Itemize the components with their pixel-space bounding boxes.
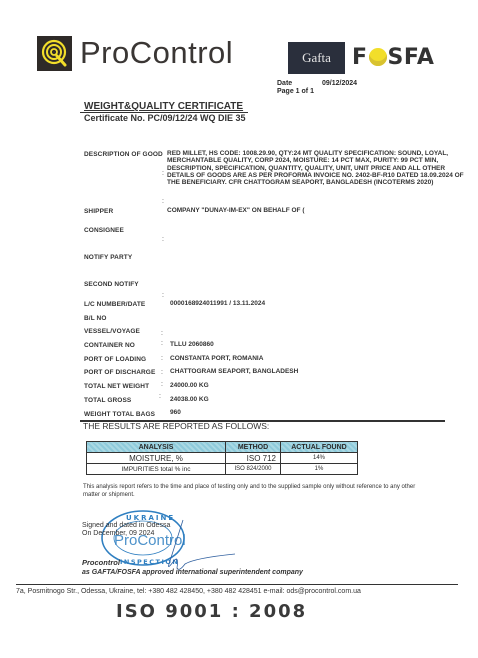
field-colon: : xyxy=(161,330,163,337)
field-label-container-no: CONTAINER NO xyxy=(84,342,135,349)
field-label-vessel: VESSEL/VOYAGE xyxy=(84,328,140,335)
procontrol-q-logo-icon xyxy=(37,36,72,71)
table-row: MOISTURE, % ISO 712 14% xyxy=(87,453,358,464)
disclaimer-text: This analysis report refers to the time … xyxy=(83,484,423,499)
field-colon: : xyxy=(161,381,163,388)
field-colon: : xyxy=(161,340,163,347)
certificate-title: WEIGHT&QUALITY CERTIFICATE xyxy=(84,101,243,112)
field-colon: : xyxy=(162,292,164,299)
field-value-net-weight: 24000.00 KG xyxy=(170,382,209,389)
field-colon: : xyxy=(162,170,164,177)
sun-icon xyxy=(369,48,387,66)
field-label-notify-party: NOTIFY PARTY xyxy=(84,254,132,261)
page-indicator: Page 1 of 1 xyxy=(277,88,314,95)
cell-method: ISO 824/2000 xyxy=(226,464,281,475)
column-header-actual-found: ACTUAL FOUND xyxy=(281,442,358,453)
cell-found: 14% xyxy=(281,453,358,464)
field-label-port-loading: PORT OF LOADING xyxy=(84,356,146,363)
date-label: Date xyxy=(277,80,292,87)
cell-found: 1% xyxy=(281,464,358,475)
footer-address: 7a, Posmitnogo Str., Odessa, Ukraine, te… xyxy=(16,588,361,595)
field-colon: : xyxy=(161,369,163,376)
field-label-net-weight: TOTAL NET WEIGHT xyxy=(84,383,149,390)
fosfa-logo: FSFA xyxy=(352,43,434,73)
signed-line-1: Signed and dated in Odessa xyxy=(82,522,170,530)
cell-analysis: IMPURITIES total % inc xyxy=(87,464,226,475)
cell-method: ISO 712 xyxy=(226,453,281,464)
field-value-total-bags: 960 xyxy=(170,409,181,416)
field-value-port-discharge: CHATTOGRAM SEAPORT, BANGLADESH xyxy=(170,368,298,375)
field-label-shipper: SHIPPER xyxy=(84,208,113,215)
table-row: IMPURITIES total % inc ISO 824/2000 1% xyxy=(87,464,358,475)
field-label-second-notify: SECOND NOTIFY xyxy=(84,281,139,288)
field-value-container-no: TLLU 2060860 xyxy=(170,341,214,348)
gafta-label: Gafta xyxy=(302,50,331,65)
field-value-shipper: COMPANY "DUNAY-IM-EX" ON BEHALF OF ( xyxy=(167,207,305,214)
table-header-row: ANALYSIS METHOD ACTUAL FOUND xyxy=(87,442,358,453)
footer-divider xyxy=(16,584,458,585)
field-value-lc-number: 0000168924011991 / 13.11.2024 xyxy=(170,300,265,307)
field-colon: : xyxy=(159,393,161,400)
field-value-port-loading: CONSTANTA PORT, ROMANIA xyxy=(170,355,263,362)
column-header-method: METHOD xyxy=(226,442,281,453)
field-colon: : xyxy=(162,236,164,243)
fosfa-label-prefix: F xyxy=(352,45,368,70)
cell-analysis: MOISTURE, % xyxy=(87,453,226,464)
field-colon: : xyxy=(162,198,164,205)
approval-text: as GAFTA/FOSFA approved international su… xyxy=(82,569,303,576)
gafta-logo: Gafta xyxy=(288,42,345,74)
signed-line-2: On December, 09 2024 xyxy=(82,530,170,538)
date-value: 09/12/2024 xyxy=(322,80,357,87)
company-name: ProControl xyxy=(80,33,233,73)
certificate-number: Certificate No. PC/09/12/24 WQ DIE 35 xyxy=(84,113,246,123)
field-value-gross: 24038.00 KG xyxy=(170,396,209,403)
field-label-total-bags: WEIGHT TOTAL BAGS xyxy=(84,411,155,418)
signed-dated-text: Signed and dated in Odessa On December, … xyxy=(82,522,170,537)
column-header-analysis: ANALYSIS xyxy=(87,442,226,453)
field-label-bl-no: B/L NO xyxy=(84,315,107,322)
field-label-description: DESCRIPTION OF GOOD xyxy=(84,151,163,158)
field-label-gross: TOTAL GROSS xyxy=(84,397,131,404)
field-label-consignee: CONSIGNEE xyxy=(84,227,124,234)
field-label-port-discharge: PORT OF DISCHARGE xyxy=(84,369,155,376)
field-colon: : xyxy=(161,355,163,362)
fosfa-label-suffix: SFA xyxy=(388,45,435,70)
signing-company: Procontrol xyxy=(82,558,120,567)
analysis-table: ANALYSIS METHOD ACTUAL FOUND MOISTURE, %… xyxy=(86,441,358,475)
results-heading: THE RESULTS ARE REPORTED AS FOLLOWS: xyxy=(83,421,269,431)
field-value-description: RED MILLET, HS CODE: 1008.29.90, QTY:24 … xyxy=(167,150,467,186)
iso-certification: ISO 9001 : 2008 xyxy=(116,601,307,622)
field-label-lc-number: L/C NUMBER/DATE xyxy=(84,301,145,308)
